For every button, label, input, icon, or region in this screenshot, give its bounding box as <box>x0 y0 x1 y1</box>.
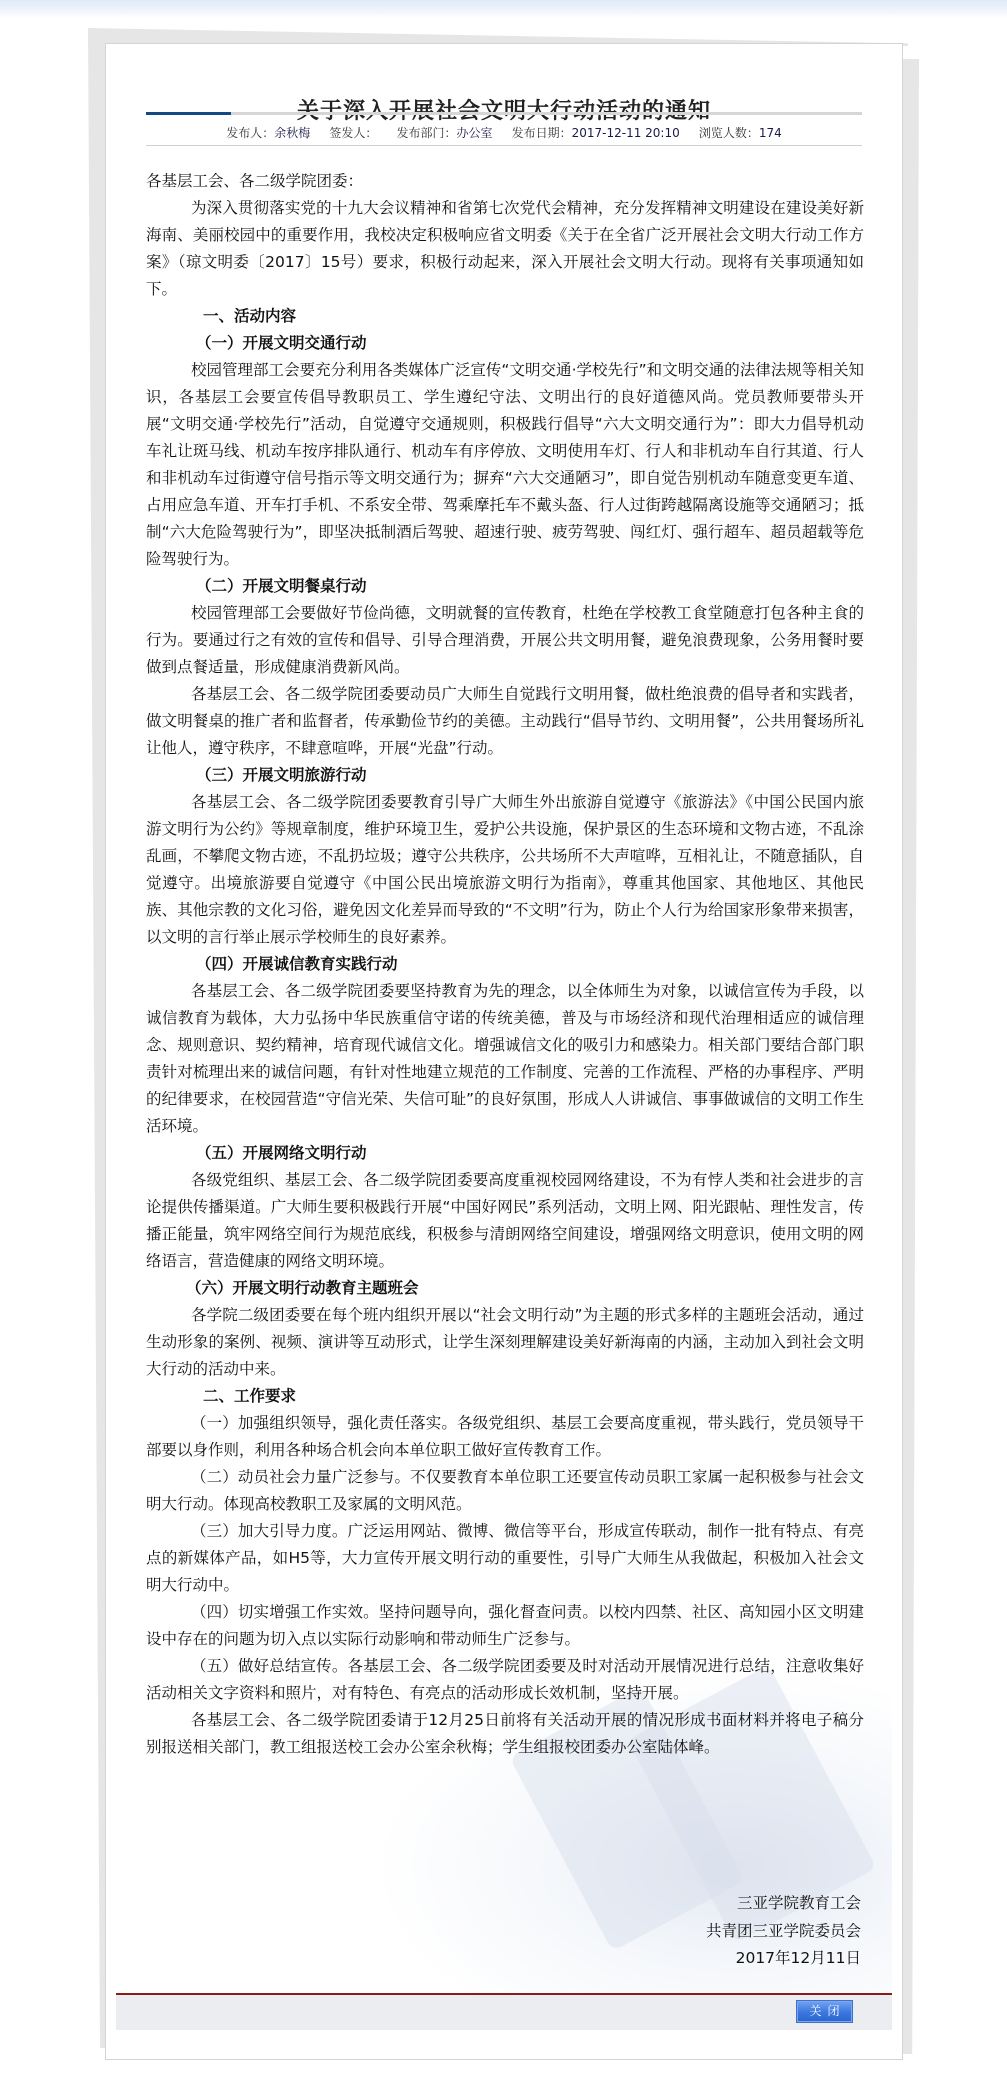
top-gradient-band <box>0 0 1007 18</box>
subsection-heading: （六）开展文明行动教育主题班会 <box>146 1275 864 1302</box>
subsection-heading: （四）开展诚信教育实践行动 <box>146 951 864 978</box>
page-title: 关于深入开展社会文明大行动活动的通知 <box>106 94 902 125</box>
subsection-heading: （五）开展网络文明行动 <box>146 1140 864 1167</box>
department-value: 办公室 <box>456 126 492 140</box>
requirement-paragraph: （二）动员社会力量广泛参与。不仅要教育本单位职工还要宣传动员职工家属一起积极参与… <box>146 1464 864 1518</box>
section-heading: 二、工作要求 <box>146 1383 864 1410</box>
requirement-paragraph: （五）做好总结宣传。各基层工会、各二级学院团委要及时对活动开展情况进行总结，注意… <box>146 1653 864 1707</box>
signer-label: 签发人： <box>329 126 377 140</box>
subsection-heading: （三）开展文明旅游行动 <box>146 762 864 789</box>
salutation: 各基层工会、各二级学院团委： <box>146 168 864 195</box>
date-value: 2017-12-11 20:10 <box>572 126 680 140</box>
publisher-value: 余秋梅 <box>274 126 310 140</box>
requirement-paragraph: （三）加大引导力度。广泛运用网站、微博、微信等平台，形成宣传联动，制作一批有特点… <box>146 1518 864 1599</box>
date-label: 发布日期： <box>512 126 572 140</box>
requirement-paragraph: （一）加强组织领导，强化责任落实。各级党组织、基层工会要高度重视，带头践行，党员… <box>146 1410 864 1464</box>
title-divider <box>146 112 862 115</box>
department-label: 发布部门： <box>396 126 456 140</box>
publisher-label: 发布人： <box>226 126 274 140</box>
notice-body: 各基层工会、各二级学院团委： 为深入贯彻落实党的十九大会议精神和省第七次党代会精… <box>146 168 864 1761</box>
signature-block: 三亚学院教育工会 共青团三亚学院委员会 2017年12月11日 <box>706 1890 861 1973</box>
signature-org-youth-league: 共青团三亚学院委员会 <box>706 1918 861 1946</box>
signature-org-union: 三亚学院教育工会 <box>706 1890 861 1918</box>
paper-shadow-decoration <box>902 59 919 2054</box>
views-value: 174 <box>759 126 782 140</box>
paragraph: 校园管理部工会要充分利用各类媒体广泛宣传“文明交通·学校先行”和文明交通的法律法… <box>146 357 864 573</box>
paragraph: 各级党组织、基层工会、各二级学院团委要高度重视校园网络建设，不为有悖人类和社会进… <box>146 1167 864 1275</box>
subsection-heading: （一）开展文明交通行动 <box>146 330 864 357</box>
footer-bar: 关闭 <box>116 1995 892 2030</box>
title-divider-accent <box>146 112 231 115</box>
paragraph: 校园管理部工会要做好节俭尚德，文明就餐的宣传教育，杜绝在学校教工食堂随意打包各种… <box>146 600 864 681</box>
intro-paragraph: 为深入贯彻落实党的十九大会议精神和省第七次党代会精神，充分发挥精神文明建设在建设… <box>146 195 864 303</box>
close-button[interactable]: 关闭 <box>797 2001 852 2022</box>
paragraph: 各基层工会、各二级学院团委要坚持教育为先的理念，以全体师生为对象，以诚信宣传为手… <box>146 978 864 1140</box>
paragraph: 各基层工会、各二级学院团委要教育引导广大师生外出旅游自觉遵守《旅游法》《中国公民… <box>146 789 864 951</box>
notice-card: 关于深入开展社会文明大行动活动的通知 发布人：余秋梅 签发人： 发布部门：办公室… <box>105 43 903 2060</box>
views-label: 浏览人数： <box>699 126 759 140</box>
section-heading: 一、活动内容 <box>146 303 864 330</box>
subsection-heading: （二）开展文明餐桌行动 <box>146 573 864 600</box>
closing-paragraph: 各基层工会、各二级学院团委请于12月25日前将有关活动开展的情况形成书面材料并将… <box>146 1707 864 1761</box>
signature-date: 2017年12月11日 <box>706 1945 861 1973</box>
paragraph: 各学院二级团委要在每个班内组织开展以“社会文明行动”为主题的形式多样的主题班会活… <box>146 1302 864 1383</box>
requirement-paragraph: （四）切实增强工作实效。坚持问题导向，强化督查问责。以校内四禁、社区、高知园小区… <box>146 1599 864 1653</box>
notice-meta: 发布人：余秋梅 签发人： 发布部门：办公室 发布日期：2017-12-11 20… <box>146 124 862 141</box>
paragraph: 各基层工会、各二级学院团委要动员广大师生自觉践行文明用餐，做杜绝浪费的倡导者和实… <box>146 681 864 762</box>
meta-divider <box>146 145 862 146</box>
